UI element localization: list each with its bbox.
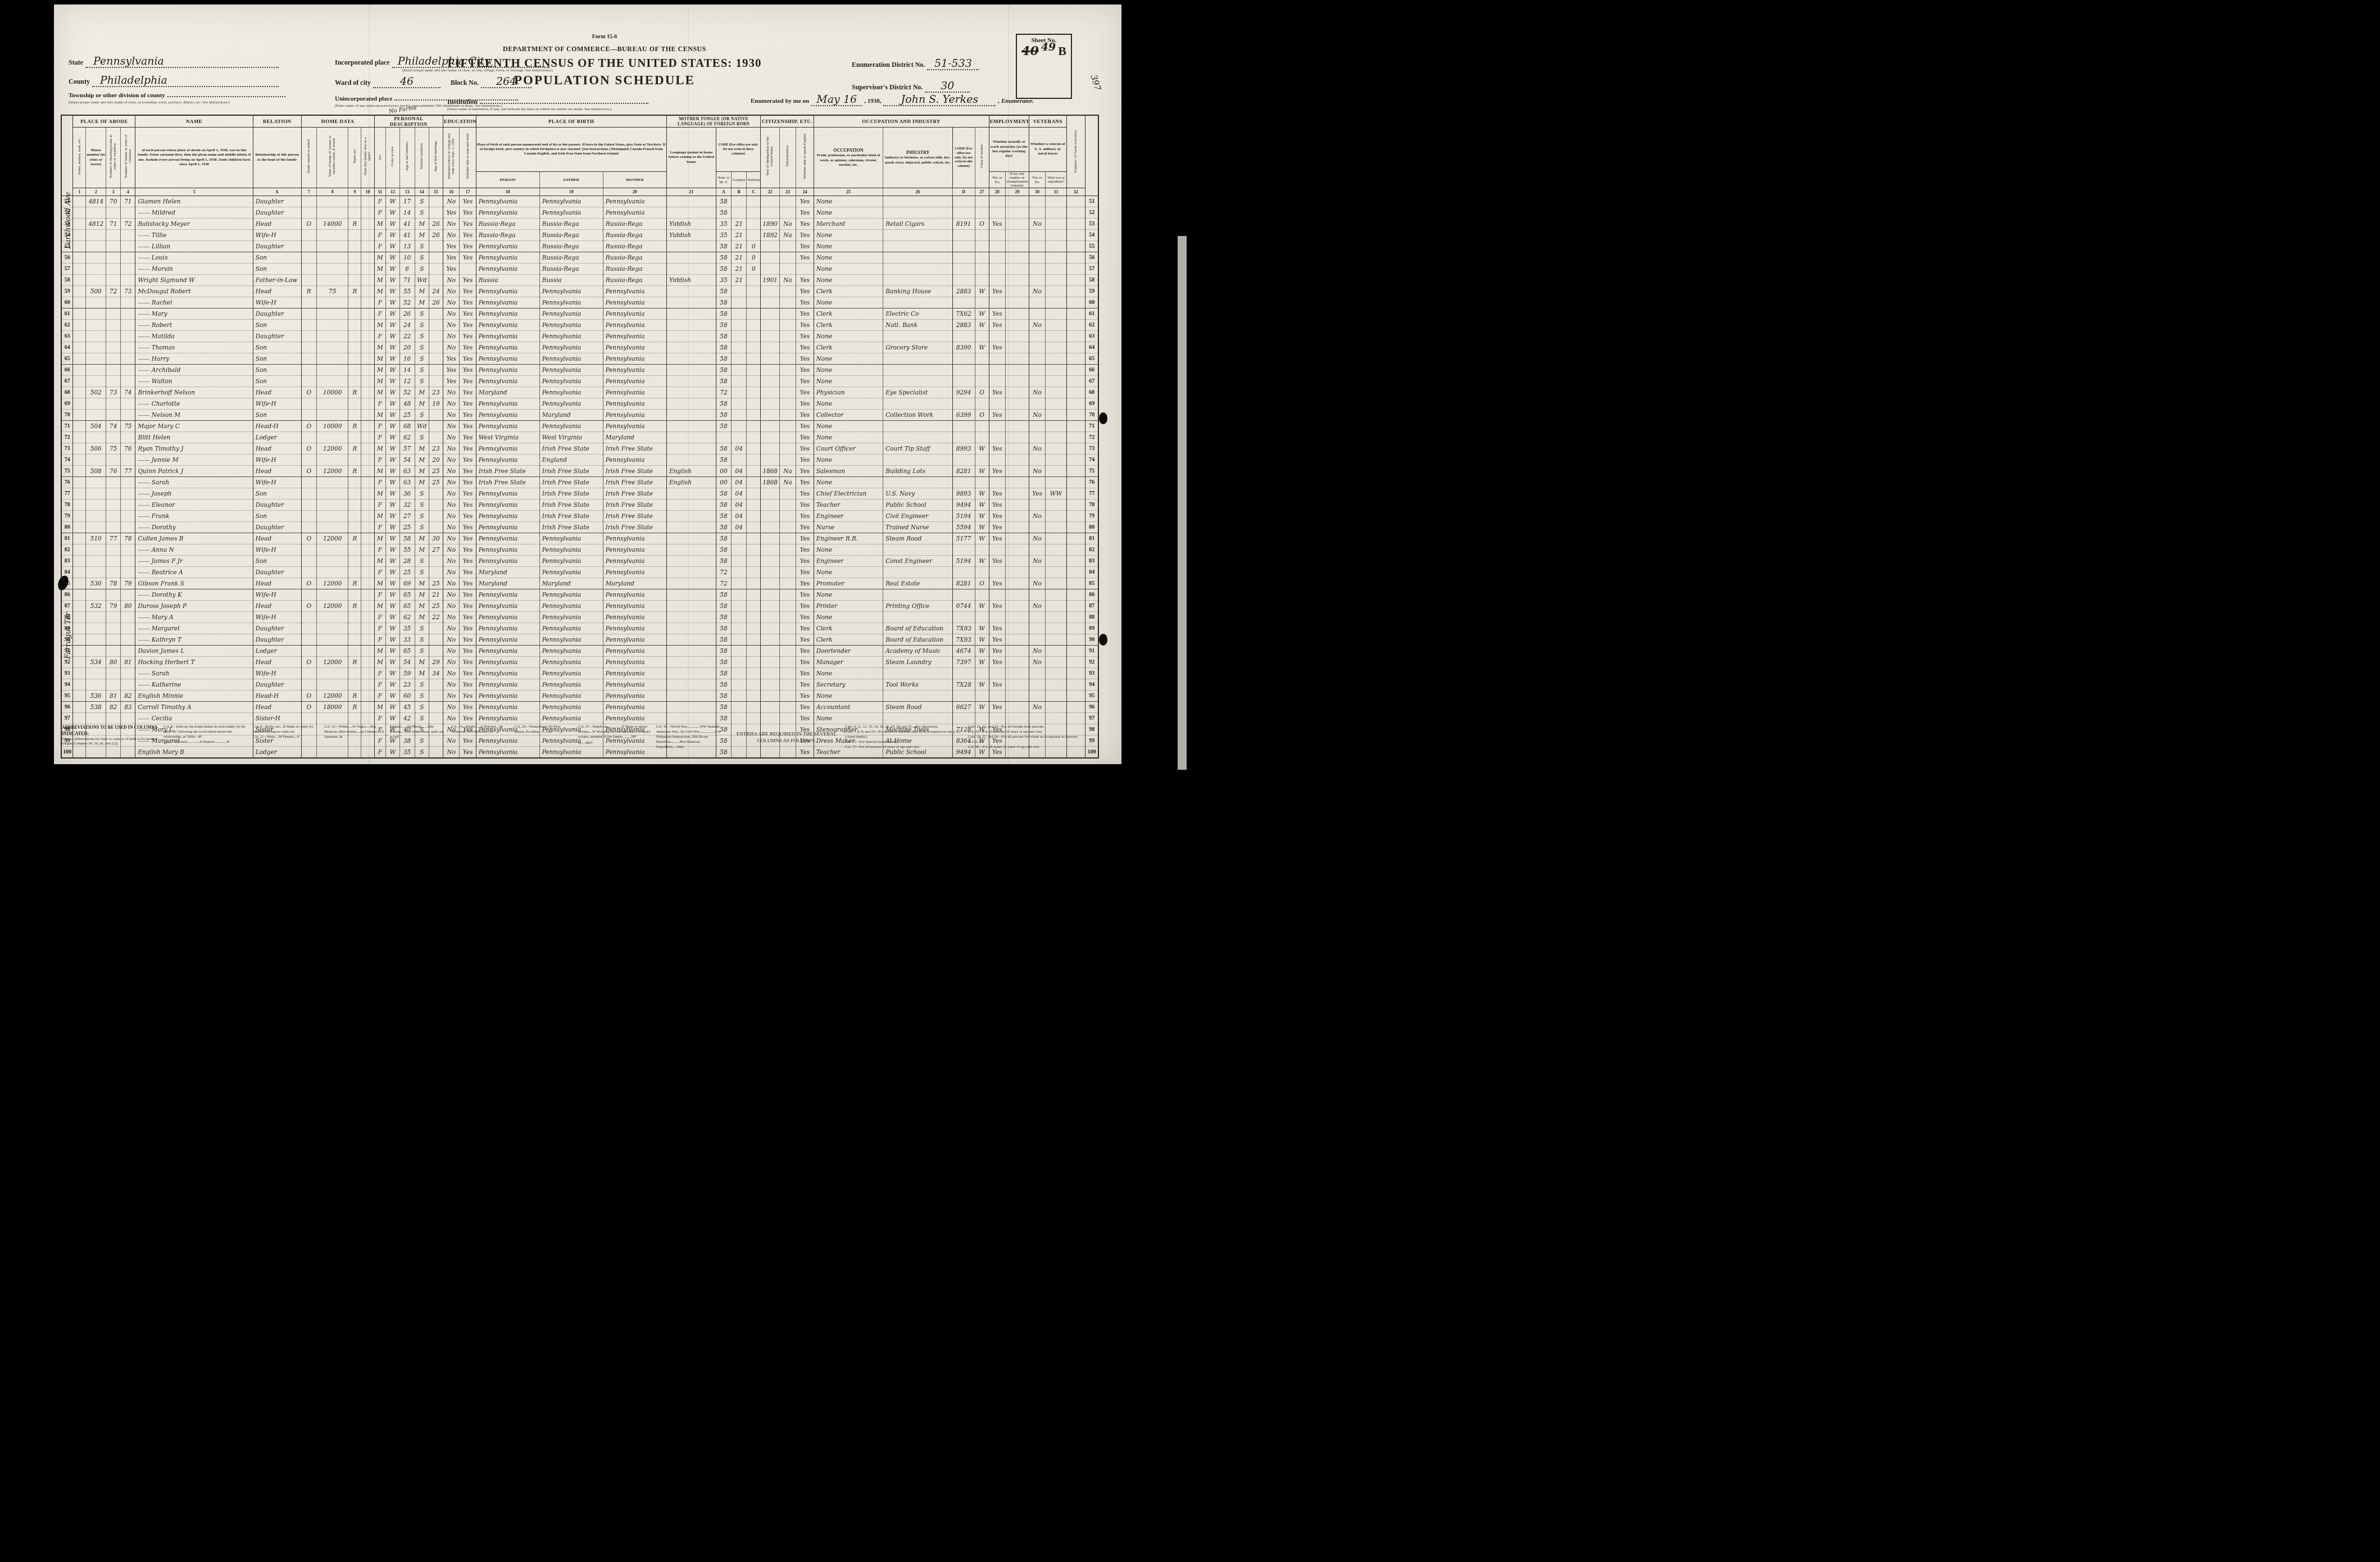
- cell-industry: [883, 421, 953, 432]
- cell-veteran-yes-no: No: [1029, 410, 1045, 421]
- cell-farm-schedule: [1066, 297, 1085, 308]
- cell-code-state: 58: [716, 342, 731, 353]
- cell-home-value: 12000: [316, 601, 348, 612]
- cell-code-d: [952, 567, 975, 578]
- cell-veteran-yes-no: [1029, 544, 1045, 556]
- column-number: 26: [883, 188, 953, 196]
- cell-class-of-worker: [975, 353, 989, 365]
- cell-birthplace-mother: Russia-Rega: [603, 264, 666, 275]
- cell-house-number: [86, 410, 106, 421]
- cell-street: [73, 421, 86, 432]
- column-number: 18: [476, 188, 539, 196]
- col-radio-set: Radio set: [348, 128, 361, 188]
- cell-color-race: W: [386, 646, 399, 657]
- cell-farm-family: [361, 219, 374, 230]
- cell-speak-english: Yes: [796, 286, 814, 297]
- cell-radio-set: R: [348, 657, 361, 668]
- cell-farm-schedule: [1066, 219, 1085, 230]
- cell-color-race: W: [386, 601, 399, 612]
- cell-industry: [883, 432, 953, 443]
- cell-marital-condition: M: [415, 387, 429, 398]
- cell-code-country: [732, 353, 747, 365]
- cell-farm-family: [361, 511, 374, 522]
- cell-home-value: [316, 679, 348, 691]
- cell-read-write: Yes: [460, 646, 476, 657]
- cell-code-country: [732, 691, 747, 702]
- cell-attended-school: No: [443, 297, 460, 308]
- cell-color-race: W: [386, 443, 399, 455]
- cell-sex: M: [374, 320, 386, 331]
- cell-dwelling-number: [106, 264, 121, 275]
- col-birth-description: Place of birth of each person enumerated…: [476, 128, 666, 172]
- cell-industry: [883, 477, 953, 488]
- cell-street: [73, 477, 86, 488]
- cell-code-d: 7397: [952, 657, 975, 668]
- cell-radio-set: [348, 320, 361, 331]
- cell-street: [73, 275, 86, 286]
- group-home-data: HOME DATA: [301, 115, 374, 128]
- cell-dwelling-number: 76: [106, 466, 121, 477]
- person-row: 63—— MatildaDaughterFW22SNoYesPennsylvan…: [61, 331, 1098, 342]
- cell-veteran-war: [1046, 342, 1067, 353]
- cell-street: [73, 488, 86, 500]
- department-title: DEPARTMENT OF COMMERCE—BUREAU OF THE CEN…: [414, 45, 796, 53]
- cell-birthplace-father: Irish Free State: [539, 488, 603, 500]
- cell-naturalization: [779, 342, 796, 353]
- cell-dwelling-number: 80: [106, 657, 121, 668]
- street-label: Larchwood Ave: [64, 192, 72, 249]
- cell-birthplace-mother: Pennsylvania: [603, 601, 666, 612]
- cell-employed-yes-no: [989, 713, 1005, 724]
- cell-age: 22: [399, 331, 415, 342]
- cell-street: [73, 466, 86, 477]
- col-farm-schedule: Number of farm schedule: [1066, 115, 1085, 188]
- cell-code-state: 35: [716, 219, 731, 230]
- cell-dwelling-number: [106, 331, 121, 342]
- cell-immigration-year: [761, 488, 780, 500]
- cell-age: 48: [399, 398, 415, 410]
- cell-veteran-yes-no: No: [1029, 578, 1045, 589]
- cell-birthplace-father: Russia-Rega: [539, 264, 603, 275]
- cell-family-number: [121, 679, 135, 691]
- cell-sex: F: [374, 477, 386, 488]
- cell-attended-school: No: [443, 410, 460, 421]
- cell-home-owned: [301, 342, 316, 353]
- cell-class-of-worker: [975, 713, 989, 724]
- cell-naturalization: [779, 544, 796, 556]
- cell-speak-english: Yes: [796, 601, 814, 612]
- cell-farm-family: [361, 702, 374, 713]
- cell-family-number: 75: [121, 421, 135, 432]
- cell-marital-condition: M: [415, 578, 429, 589]
- cell-relation: Head: [253, 466, 301, 477]
- cell-dwelling-number: 82: [106, 702, 121, 713]
- cell-house-number: 532: [86, 601, 106, 612]
- cell-industry: [883, 612, 953, 623]
- cell-attended-school: No: [443, 387, 460, 398]
- cell-age-first-marriage: 34: [429, 668, 443, 679]
- cell-code-nativity: 0: [747, 241, 761, 252]
- cell-radio-set: [348, 230, 361, 241]
- cell-radio-set: [348, 398, 361, 410]
- col-employment-yes-no: Yes or No: [989, 172, 1005, 188]
- cell-line-number: 84: [1085, 567, 1098, 578]
- cell-age-first-marriage: [429, 702, 443, 713]
- cell-radio-set: [348, 264, 361, 275]
- cell-age-first-marriage: 25: [429, 466, 443, 477]
- cell-code-state: 35: [716, 230, 731, 241]
- cell-immigration-year: [761, 207, 780, 219]
- cell-home-value: [316, 241, 348, 252]
- cell-industry: Building Lots: [883, 466, 953, 477]
- cell-line-number: 67: [1085, 376, 1098, 387]
- cell-name: Blitt Helen: [135, 432, 253, 443]
- cell-line-number: 74: [61, 455, 73, 466]
- cell-relation: Head: [253, 387, 301, 398]
- cell-color-race: W: [386, 522, 399, 533]
- cell-farm-family: [361, 601, 374, 612]
- cell-radio-set: [348, 410, 361, 421]
- cell-age: 55: [399, 544, 415, 556]
- incorporated-value: Philadelphia City: [392, 56, 549, 68]
- cell-line-number: 93: [1085, 668, 1098, 679]
- cell-speak-english: Yes: [796, 713, 814, 724]
- col-code-d: CODE (For office use only. Do not write …: [952, 128, 975, 188]
- cell-birthplace-mother: Pennsylvania: [603, 533, 666, 544]
- cell-naturalization: [779, 601, 796, 612]
- cell-street: [73, 556, 86, 567]
- cell-code-d: [952, 196, 975, 207]
- cell-name: —— Joseph: [135, 488, 253, 500]
- entries-required-item: Col. 15—For married persons only.: [845, 740, 963, 745]
- column-number: 23: [779, 188, 796, 196]
- cell-sex: M: [374, 264, 386, 275]
- cell-house-number: 504: [86, 421, 106, 432]
- cell-age: 24: [399, 320, 415, 331]
- cell-marital-condition: S: [415, 241, 429, 252]
- scanned-census-page: { "document": { "form_no": "Form 15-6", …: [0, 0, 1190, 781]
- cell-birthplace-father: Irish Free State: [539, 466, 603, 477]
- cell-read-write: Yes: [460, 578, 476, 589]
- cell-line-number: 54: [1085, 230, 1098, 241]
- col-home-value: Value of home, if owned, or monthly rent…: [316, 128, 348, 188]
- cell-sex: F: [374, 432, 386, 443]
- cell-street: [73, 544, 86, 556]
- cell-immigration-year: [761, 713, 780, 724]
- cell-industry: [883, 275, 953, 286]
- cell-radio-set: R: [348, 387, 361, 398]
- cell-code-d: 5594: [952, 522, 975, 533]
- cell-family-number: 79: [121, 578, 135, 589]
- cell-employed-yes-no: Yes: [989, 410, 1005, 421]
- cell-line-number: 57: [1085, 264, 1098, 275]
- cell-farm-family: [361, 477, 374, 488]
- cell-house-number: 538: [86, 702, 106, 713]
- cell-family-number: 74: [121, 387, 135, 398]
- cell-birthplace-mother: Pennsylvania: [603, 421, 666, 432]
- cell-home-owned: [301, 556, 316, 567]
- incorporated-note: (Insert proper name and also name of cla…: [402, 68, 582, 72]
- cell-birthplace-mother: Irish Free State: [603, 500, 666, 511]
- hole-punch: [1099, 412, 1107, 424]
- cell-street: [73, 297, 86, 308]
- cell-marital-condition: S: [415, 634, 429, 646]
- cell-sex: M: [374, 286, 386, 297]
- cell-attended-school: No: [443, 623, 460, 634]
- cell-farm-schedule: [1066, 466, 1085, 477]
- cell-veteran-war: WW: [1046, 488, 1067, 500]
- cell-occupation: None: [814, 252, 883, 264]
- group-place-of-abode: PLACE OF ABODE: [73, 115, 135, 128]
- cell-birthplace-father: Pennsylvania: [539, 702, 603, 713]
- cell-name: Brinkerhoff Nelson: [135, 387, 253, 398]
- cell-age-first-marriage: [429, 331, 443, 342]
- hole-punch: [1099, 634, 1107, 646]
- cell-home-value: [316, 432, 348, 443]
- cell-code-state: 58: [716, 713, 731, 724]
- cell-attended-school: No: [443, 634, 460, 646]
- cell-street: [73, 522, 86, 533]
- abbreviations-note: [Use no abbreviations for State or count…: [62, 737, 158, 747]
- cell-read-write: Yes: [460, 320, 476, 331]
- cell-name: —— Sarah: [135, 668, 253, 679]
- cell-line-number: 68: [1085, 387, 1098, 398]
- cell-code-d: [952, 455, 975, 466]
- cell-code-state: 58: [716, 308, 731, 320]
- cell-industry: Const Engineer: [883, 556, 953, 567]
- cell-home-value: [316, 589, 348, 601]
- cell-code-d: [952, 365, 975, 376]
- cell-sex: F: [374, 544, 386, 556]
- col-attended-school: Attended school or college any time sinc…: [443, 128, 460, 188]
- cell-code-country: 04: [732, 477, 747, 488]
- cell-class-of-worker: W: [975, 601, 989, 612]
- cell-color-race: W: [386, 634, 399, 646]
- cell-home-owned: [301, 320, 316, 331]
- cell-employed-yes-no: [989, 612, 1005, 623]
- cell-naturalization: [779, 410, 796, 421]
- cell-code-nativity: [747, 466, 761, 477]
- cell-code-state: 58: [716, 241, 731, 252]
- cell-relation: Wife-H: [253, 455, 301, 466]
- cell-code-d: [952, 398, 975, 410]
- township-line: Township or other division of county (In…: [69, 90, 327, 105]
- cell-line-number: 66: [61, 365, 73, 376]
- cell-speak-english: Yes: [796, 466, 814, 477]
- cell-naturalization: [779, 522, 796, 533]
- cell-family-number: [121, 544, 135, 556]
- cell-industry: Tool Works: [883, 679, 953, 691]
- cell-sex: M: [374, 275, 386, 286]
- cell-code-d: [952, 353, 975, 365]
- cell-line-number: 68: [61, 387, 73, 398]
- cell-sex: M: [374, 342, 386, 353]
- cell-immigration-year: [761, 455, 780, 466]
- cell-age: 41: [399, 230, 415, 241]
- cell-age-first-marriage: 25: [429, 578, 443, 589]
- cell-relation: Head-H: [253, 421, 301, 432]
- cell-code-nativity: [747, 398, 761, 410]
- cell-relation: Son: [253, 556, 301, 567]
- cell-birthplace-father: Pennsylvania: [539, 342, 603, 353]
- cell-code-country: [732, 207, 747, 219]
- cell-age: 23: [399, 679, 415, 691]
- cell-age: 14: [399, 365, 415, 376]
- cell-employed-yes-no: Yes: [989, 702, 1005, 713]
- cell-color-race: W: [386, 544, 399, 556]
- cell-house-number: [86, 365, 106, 376]
- cell-color-race: W: [386, 466, 399, 477]
- cell-age-first-marriage: [429, 500, 443, 511]
- cell-home-value: 12000: [316, 657, 348, 668]
- cell-speak-english: Yes: [796, 365, 814, 376]
- cell-house-number: [86, 331, 106, 342]
- cell-marital-condition: S: [415, 320, 429, 331]
- cell-name: Wright Sigmund W: [135, 275, 253, 286]
- cell-home-owned: O: [301, 533, 316, 544]
- cell-radio-set: [348, 376, 361, 387]
- person-row: 735067576Ryan Timothy JHeadO12000RMW57M2…: [61, 443, 1098, 455]
- cell-attended-school: No: [443, 713, 460, 724]
- cell-mother-tongue: [666, 421, 716, 432]
- ed-value: 51-533: [927, 58, 979, 70]
- paper-fold-line: [688, 4, 689, 764]
- cell-line-number: 97: [61, 713, 73, 724]
- cell-occupation: Teacher: [814, 500, 883, 511]
- cell-employed-yes-no: [989, 365, 1005, 376]
- cell-class-of-worker: W: [975, 443, 989, 455]
- cell-radio-set: [348, 275, 361, 286]
- cell-dwelling-number: 77: [106, 533, 121, 544]
- cell-street: [73, 668, 86, 679]
- cell-age: 17: [399, 196, 415, 207]
- cell-line-number: 93: [61, 668, 73, 679]
- cell-marital-condition: M: [415, 601, 429, 612]
- cell-street: [73, 589, 86, 601]
- cell-birthplace-father: Pennsylvania: [539, 612, 603, 623]
- cell-home-value: [316, 376, 348, 387]
- cell-immigration-year: [761, 578, 780, 589]
- cell-dwelling-number: [106, 376, 121, 387]
- cell-attended-school: No: [443, 286, 460, 297]
- cell-family-number: 77: [121, 466, 135, 477]
- cell-code-state: 58: [716, 657, 731, 668]
- cell-line-number: 56: [61, 252, 73, 264]
- cell-birthplace-mother: Pennsylvania: [603, 657, 666, 668]
- cell-home-value: [316, 668, 348, 679]
- cell-home-value: [316, 320, 348, 331]
- cell-attended-school: No: [443, 443, 460, 455]
- cell-code-d: 8281: [952, 466, 975, 477]
- cell-birthplace-mother: Pennsylvania: [603, 398, 666, 410]
- cell-code-country: [732, 702, 747, 713]
- cell-family-number: [121, 398, 135, 410]
- cell-name: Davion James L: [135, 646, 253, 657]
- cell-class-of-worker: W: [975, 634, 989, 646]
- cell-class-of-worker: [975, 612, 989, 623]
- cell-name: McDougal Robert: [135, 286, 253, 297]
- cell-birthplace-person: Pennsylvania: [476, 623, 539, 634]
- cell-employed-yes-no: [989, 353, 1005, 365]
- cell-line-number: 58: [1085, 275, 1098, 286]
- cell-house-number: [86, 308, 106, 320]
- cell-sex: F: [374, 522, 386, 533]
- cell-mother-tongue: [666, 713, 716, 724]
- cell-veteran-war: [1046, 634, 1067, 646]
- cell-occupation: None: [814, 691, 883, 702]
- cell-mother-tongue: [666, 241, 716, 252]
- cell-radio-set: [348, 646, 361, 657]
- cell-dwelling-number: [106, 556, 121, 567]
- cell-home-value: 12000: [316, 691, 348, 702]
- cell-mother-tongue: [666, 522, 716, 533]
- person-row: 715047475Major Mary CHead-HO10000RFW68Wd…: [61, 421, 1098, 432]
- cell-code-country: [732, 410, 747, 421]
- cell-name: —— Archibald: [135, 365, 253, 376]
- cell-attended-school: No: [443, 679, 460, 691]
- cell-code-state: 35: [716, 275, 731, 286]
- cell-code-state: 58: [716, 376, 731, 387]
- cell-age-first-marriage: [429, 432, 443, 443]
- cell-relation: Son: [253, 511, 301, 522]
- cell-employed-yes-no: Yes: [989, 533, 1005, 544]
- cell-mother-tongue: [666, 297, 716, 308]
- cell-mother-tongue: [666, 376, 716, 387]
- cell-family-number: [121, 488, 135, 500]
- person-row: 67—— WaltonSonMW12SYesYesPennsylvaniaPen…: [61, 376, 1098, 387]
- cell-naturalization: [779, 691, 796, 702]
- cell-class-of-worker: [975, 421, 989, 432]
- cell-code-state: 58: [716, 264, 731, 275]
- cell-employed-yes-no: Yes: [989, 219, 1005, 230]
- census-sheet-paper: Form 15-6 DEPARTMENT OF COMMERCE—BUREAU …: [54, 4, 1121, 764]
- cell-veteran-yes-no: No: [1029, 702, 1045, 713]
- cell-radio-set: R: [348, 702, 361, 713]
- cell-code-state: 58: [716, 320, 731, 331]
- sheet-cancelled-value: 40: [1021, 44, 1039, 58]
- cell-dwelling-number: [106, 623, 121, 634]
- cell-house-number: [86, 455, 106, 466]
- cell-color-race: W: [386, 679, 399, 691]
- cell-sex: F: [374, 500, 386, 511]
- cell-line-number: 97: [1085, 713, 1098, 724]
- cell-age-first-marriage: [429, 421, 443, 432]
- cell-immigration-year: [761, 668, 780, 679]
- column-number: 24: [796, 188, 814, 196]
- cell-relation: Head: [253, 702, 301, 713]
- population-schedule-table: PLACE OF ABODE NAME RELATION HOME DATA P…: [61, 115, 1099, 759]
- cell-name: Hocking Herbert T: [135, 657, 253, 668]
- cell-code-nativity: [747, 230, 761, 241]
- cell-code-nativity: [747, 544, 761, 556]
- entries-required-item: Cols. 6, 11, 12, 13, 14, 16, 18, 19, 20,…: [845, 725, 963, 730]
- cell-birthplace-father: Pennsylvania: [539, 556, 603, 567]
- cell-home-value: [316, 252, 348, 264]
- cell-house-number: [86, 522, 106, 533]
- person-row: 83—— James F JrSonMW28SNoYesPennsylvania…: [61, 556, 1098, 567]
- cell-code-nativity: [747, 657, 761, 668]
- cell-birthplace-mother: Pennsylvania: [603, 365, 666, 376]
- cell-age-first-marriage: [429, 634, 443, 646]
- cell-mother-tongue: [666, 455, 716, 466]
- cell-home-owned: R: [301, 286, 316, 297]
- cell-employed-yes-no: Yes: [989, 679, 1005, 691]
- cell-class-of-worker: [975, 544, 989, 556]
- cell-code-state: 58: [716, 511, 731, 522]
- cell-line-number: 67: [61, 376, 73, 387]
- col-name-description: of each person whose place of abode on A…: [135, 128, 253, 188]
- cell-marital-condition: M: [415, 657, 429, 668]
